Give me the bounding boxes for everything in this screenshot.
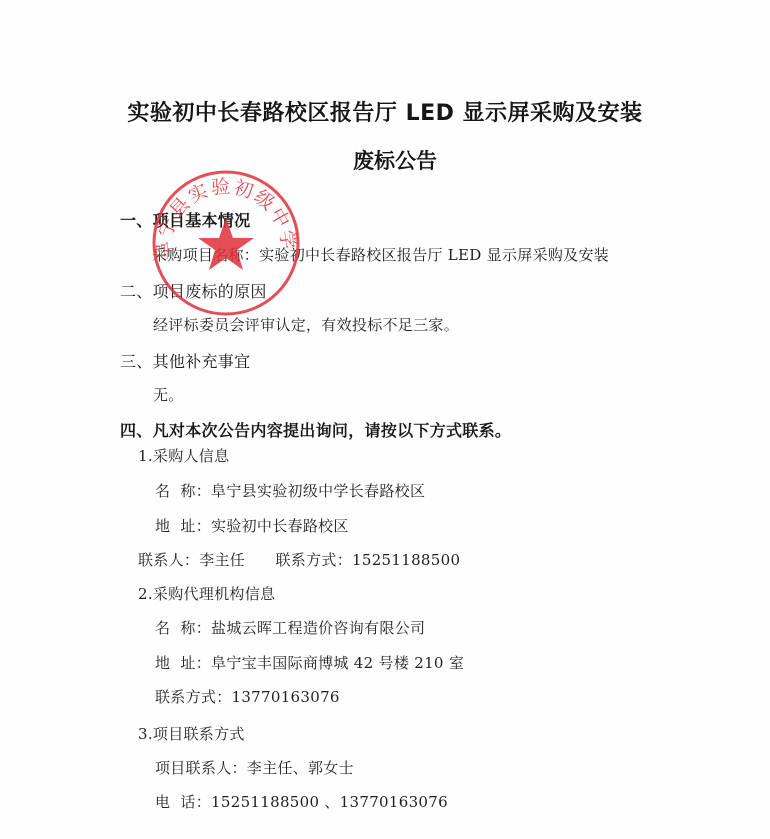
- section-heading-1: 一、项目基本情况: [120, 208, 250, 231]
- document-title: 实验初中长春路校区报告厅 LED 显示屏采购及安装: [0, 96, 770, 127]
- agency-label: 2.采购代理机构信息: [138, 583, 275, 604]
- purchaser-label: 1.采购人信息: [138, 445, 229, 466]
- agency-address: 地 址：阜宁宝丰国际商博城 42 号楼 210 室: [155, 652, 464, 673]
- document-page: 实验初中长春路校区报告厅 LED 显示屏采购及安装 废标公告 一、项目基本情况 …: [0, 0, 770, 839]
- agency-phone: 联系方式：13770163076: [155, 686, 340, 707]
- section-content-3: 无。: [153, 384, 184, 405]
- project-contact-phone: 电 话：15251188500 、13770163076: [155, 791, 448, 812]
- purchaser-name: 名 称：阜宁县实验初级中学长春路校区: [155, 480, 425, 501]
- project-contact-person: 项目联系人：李主任、郭女士: [155, 757, 354, 778]
- agency-name: 名 称：盐城云晖工程造价咨询有限公司: [155, 617, 425, 638]
- section-content-1: 采购项目名称：实验初中长春路校区报告厅 LED 显示屏采购及安装: [152, 244, 609, 265]
- section-heading-3: 三、其他补充事宜: [120, 349, 250, 372]
- section-heading-4: 四、凡对本次公告内容提出询问，请按以下方式联系。: [120, 418, 511, 441]
- section-content-2: 经评标委员会评审认定，有效投标不足三家。: [153, 314, 459, 335]
- section-heading-2: 二、项目废标的原因: [120, 279, 267, 302]
- purchaser-address: 地 址：实验初中长春路校区: [155, 515, 349, 536]
- document-subtitle: 废标公告: [0, 145, 770, 175]
- purchaser-contact: 联系人：李主任 联系方式：15251188500: [138, 549, 460, 570]
- project-contact-label: 3.项目联系方式: [138, 723, 245, 744]
